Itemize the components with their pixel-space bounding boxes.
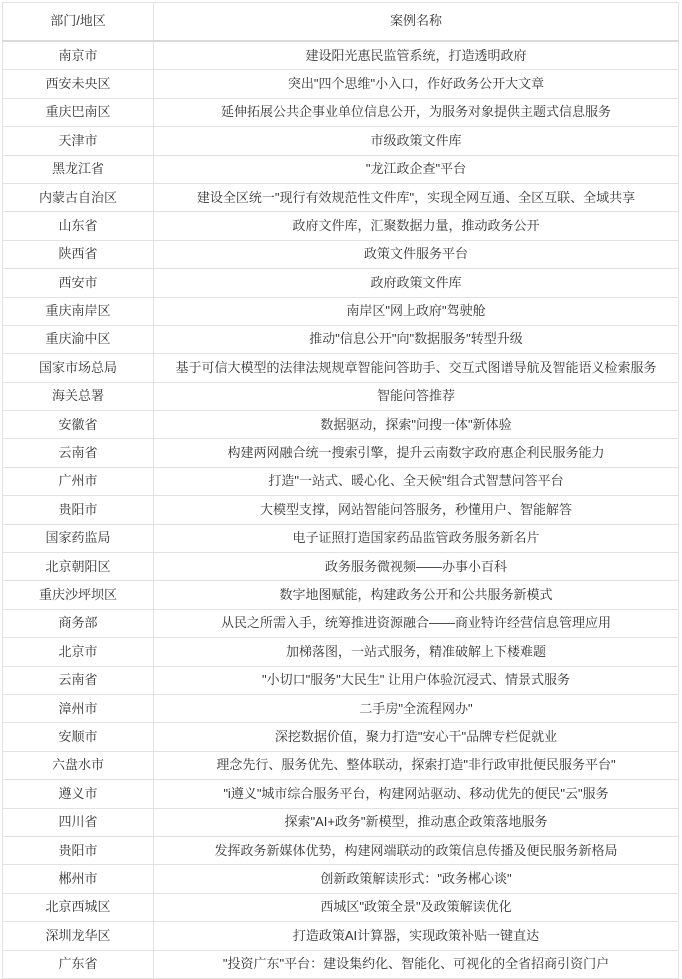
table-row: 重庆巴南区延伸拓展公共企事业单位信息公开，为服务对象提供主题式信息服务 — [3, 98, 679, 126]
column-header-region: 部门/地区 — [3, 3, 154, 42]
region-cell: 安顺市 — [3, 723, 154, 751]
region-cell: 漳州市 — [3, 694, 154, 722]
table-row: 遵义市"i遵义"城市综合服务平台，构建网站驱动、移动优先的便民"云"服务 — [3, 780, 679, 808]
region-cell: 重庆沙坪坝区 — [3, 581, 154, 609]
case-name-cell: "i遵义"城市综合服务平台，构建网站驱动、移动优先的便民"云"服务 — [154, 780, 679, 808]
region-cell: 海关总署 — [3, 382, 154, 410]
table-row: 黑龙江省"龙江政企查"平台 — [3, 155, 679, 183]
region-cell: 西安市 — [3, 269, 154, 297]
region-cell: 山东省 — [3, 212, 154, 240]
case-name-cell: 打造政策AI计算器，实现政策补贴一键直达 — [154, 922, 679, 950]
table-row: 贵阳市发挥政务新媒体优势，构建网端联动的政策信息传播及便民服务新格局 — [3, 836, 679, 864]
case-name-cell: 打造"一站式、暖心化、全天候"组合式智慧问答平台 — [154, 467, 679, 495]
region-cell: 贵阳市 — [3, 496, 154, 524]
region-cell: 云南省 — [3, 666, 154, 694]
table-row: 重庆渝中区推动"信息公开"向"数据服务"转型升级 — [3, 325, 679, 353]
case-name-cell: 突出"四个思维"小入口，作好政务公开大文章 — [154, 70, 679, 98]
case-name-cell: "龙江政企查"平台 — [154, 155, 679, 183]
table-row: 安顺市深挖数据价值，聚力打造"安心干"品牌专栏促就业 — [3, 723, 679, 751]
region-cell: 北京市 — [3, 638, 154, 666]
table-row: 国家药监局电子证照打造国家药品监管政务服务新名片 — [3, 524, 679, 552]
region-cell: 商务部 — [3, 609, 154, 637]
case-name-cell: 基于可信大模型的法律法规规章智能问答助手、交互式图谱导航及智能语义检索服务 — [154, 354, 679, 382]
region-cell: 广州市 — [3, 467, 154, 495]
table-row: 安徽省数据驱动，探索"问搜一体"新体验 — [3, 411, 679, 439]
region-cell: 四川省 — [3, 808, 154, 836]
region-cell: 六盘水市 — [3, 751, 154, 779]
region-cell: 重庆渝中区 — [3, 325, 154, 353]
region-cell: 内蒙古自治区 — [3, 183, 154, 211]
case-name-cell: 智能问答推荐 — [154, 382, 679, 410]
case-name-cell: 深挖数据价值，聚力打造"安心干"品牌专栏促就业 — [154, 723, 679, 751]
case-name-cell: 发挥政务新媒体优势，构建网端联动的政策信息传播及便民服务新格局 — [154, 836, 679, 864]
table-row: 西安未央区突出"四个思维"小入口，作好政务公开大文章 — [3, 70, 679, 98]
table-row: 四川省探索"AI+政务"新模型，推动惠企政策落地服务 — [3, 808, 679, 836]
table-row: 北京西城区西城区"政策全景"及政策解读优化 — [3, 893, 679, 921]
table-row: 商务部从民之所需入手，统筹推进资源融合——商业特许经营信息管理应用 — [3, 609, 679, 637]
region-cell: 南京市 — [3, 41, 154, 70]
case-name-cell: 二手房"全流程网办" — [154, 694, 679, 722]
table-row: 重庆南岸区南岸区"网上政府"驾驶舱 — [3, 297, 679, 325]
region-cell: 广东省 — [3, 950, 154, 978]
region-cell: 北京朝阳区 — [3, 553, 154, 581]
region-cell: 国家药监局 — [3, 524, 154, 552]
table-row: 西安市政府政策文件库 — [3, 269, 679, 297]
table-row: 贵阳市大模型支撑，网站智能问答服务，秒懂用户、智能解答 — [3, 496, 679, 524]
case-name-cell: 构建两网融合统一搜索引擎，提升云南数字政府惠企利民服务能力 — [154, 439, 679, 467]
table-row: 内蒙古自治区建设全区统一"现行有效规范性文件库"，实现全网互通、全区互联、全域共… — [3, 183, 679, 211]
column-header-case-name: 案例名称 — [154, 3, 679, 42]
table-row: 云南省构建两网融合统一搜索引擎，提升云南数字政府惠企利民服务能力 — [3, 439, 679, 467]
region-cell: 遵义市 — [3, 780, 154, 808]
table-row: 漳州市二手房"全流程网办" — [3, 694, 679, 722]
table-row: 广州市打造"一站式、暖心化、全天候"组合式智慧问答平台 — [3, 467, 679, 495]
case-name-cell: 延伸拓展公共企事业单位信息公开，为服务对象提供主题式信息服务 — [154, 98, 679, 126]
table-row: 山东省政府文件库，汇聚数据力量，推动政务公开 — [3, 212, 679, 240]
table-row: 陕西省政策文件服务平台 — [3, 240, 679, 268]
table-header-row: 部门/地区 案例名称 — [3, 3, 679, 42]
page: 部门/地区 案例名称 南京市建设阳光惠民监管系统，打造透明政府西安未央区突出"四… — [0, 0, 682, 979]
case-name-cell: 加梯落图，一站式服务，精准破解上下楼难题 — [154, 638, 679, 666]
region-cell: 深圳龙华区 — [3, 922, 154, 950]
case-name-cell: 电子证照打造国家药品监管政务服务新名片 — [154, 524, 679, 552]
case-name-cell: 探索"AI+政务"新模型，推动惠企政策落地服务 — [154, 808, 679, 836]
case-name-cell: 市级政策文件库 — [154, 127, 679, 155]
case-name-cell: 创新政策解读形式："政务郴心谈" — [154, 865, 679, 893]
table-row: 海关总署智能问答推荐 — [3, 382, 679, 410]
table-row: 国家市场总局基于可信大模型的法律法规规章智能问答助手、交互式图谱导航及智能语义检… — [3, 354, 679, 382]
case-name-cell: 数字地图赋能，构建政务公开和公共服务新模式 — [154, 581, 679, 609]
table-row: 北京市加梯落图，一站式服务，精准破解上下楼难题 — [3, 638, 679, 666]
table-row: 重庆沙坪坝区数字地图赋能，构建政务公开和公共服务新模式 — [3, 581, 679, 609]
case-name-cell: 推动"信息公开"向"数据服务"转型升级 — [154, 325, 679, 353]
case-name-cell: 数据驱动，探索"问搜一体"新体验 — [154, 411, 679, 439]
region-cell: 安徽省 — [3, 411, 154, 439]
table-row: 天津市市级政策文件库 — [3, 127, 679, 155]
region-cell: 郴州市 — [3, 865, 154, 893]
case-name-cell: 从民之所需入手，统筹推进资源融合——商业特许经营信息管理应用 — [154, 609, 679, 637]
region-cell: 云南省 — [3, 439, 154, 467]
table-row: 南京市建设阳光惠民监管系统，打造透明政府 — [3, 41, 679, 70]
region-cell: 西安未央区 — [3, 70, 154, 98]
table-row: 六盘水市理念先行、服务优先、整体联动，探索打造"非行政审批便民服务平台" — [3, 751, 679, 779]
region-cell: 国家市场总局 — [3, 354, 154, 382]
case-name-cell: 大模型支撑，网站智能问答服务，秒懂用户、智能解答 — [154, 496, 679, 524]
table-row: 深圳龙华区打造政策AI计算器，实现政策补贴一键直达 — [3, 922, 679, 950]
case-name-cell: 政府政策文件库 — [154, 269, 679, 297]
region-cell: 黑龙江省 — [3, 155, 154, 183]
table-row: 广东省"投资广东"平台：建设集约化、智能化、可视化的全省招商引资门户 — [3, 950, 679, 978]
cases-table: 部门/地区 案例名称 南京市建设阳光惠民监管系统，打造透明政府西安未央区突出"四… — [2, 2, 679, 979]
region-cell: 重庆巴南区 — [3, 98, 154, 126]
table-row: 郴州市创新政策解读形式："政务郴心谈" — [3, 865, 679, 893]
case-name-cell: 政务服务微视频——办事小百科 — [154, 553, 679, 581]
region-cell: 陕西省 — [3, 240, 154, 268]
case-name-cell: "小切口"服务"大民生" 让用户体验沉浸式、情景式服务 — [154, 666, 679, 694]
case-name-cell: 建设全区统一"现行有效规范性文件库"，实现全网互通、全区互联、全域共享 — [154, 183, 679, 211]
table-row: 北京朝阳区政务服务微视频——办事小百科 — [3, 553, 679, 581]
case-name-cell: 政策文件服务平台 — [154, 240, 679, 268]
region-cell: 北京西城区 — [3, 893, 154, 921]
region-cell: 贵阳市 — [3, 836, 154, 864]
case-name-cell: "投资广东"平台：建设集约化、智能化、可视化的全省招商引资门户 — [154, 950, 679, 978]
case-name-cell: 南岸区"网上政府"驾驶舱 — [154, 297, 679, 325]
table-head: 部门/地区 案例名称 — [3, 3, 679, 42]
region-cell: 重庆南岸区 — [3, 297, 154, 325]
region-cell: 天津市 — [3, 127, 154, 155]
case-name-cell: 理念先行、服务优先、整体联动，探索打造"非行政审批便民服务平台" — [154, 751, 679, 779]
table-row: 云南省"小切口"服务"大民生" 让用户体验沉浸式、情景式服务 — [3, 666, 679, 694]
case-name-cell: 政府文件库，汇聚数据力量，推动政务公开 — [154, 212, 679, 240]
table-body: 南京市建设阳光惠民监管系统，打造透明政府西安未央区突出"四个思维"小入口，作好政… — [3, 41, 679, 978]
case-name-cell: 建设阳光惠民监管系统，打造透明政府 — [154, 41, 679, 70]
case-name-cell: 西城区"政策全景"及政策解读优化 — [154, 893, 679, 921]
